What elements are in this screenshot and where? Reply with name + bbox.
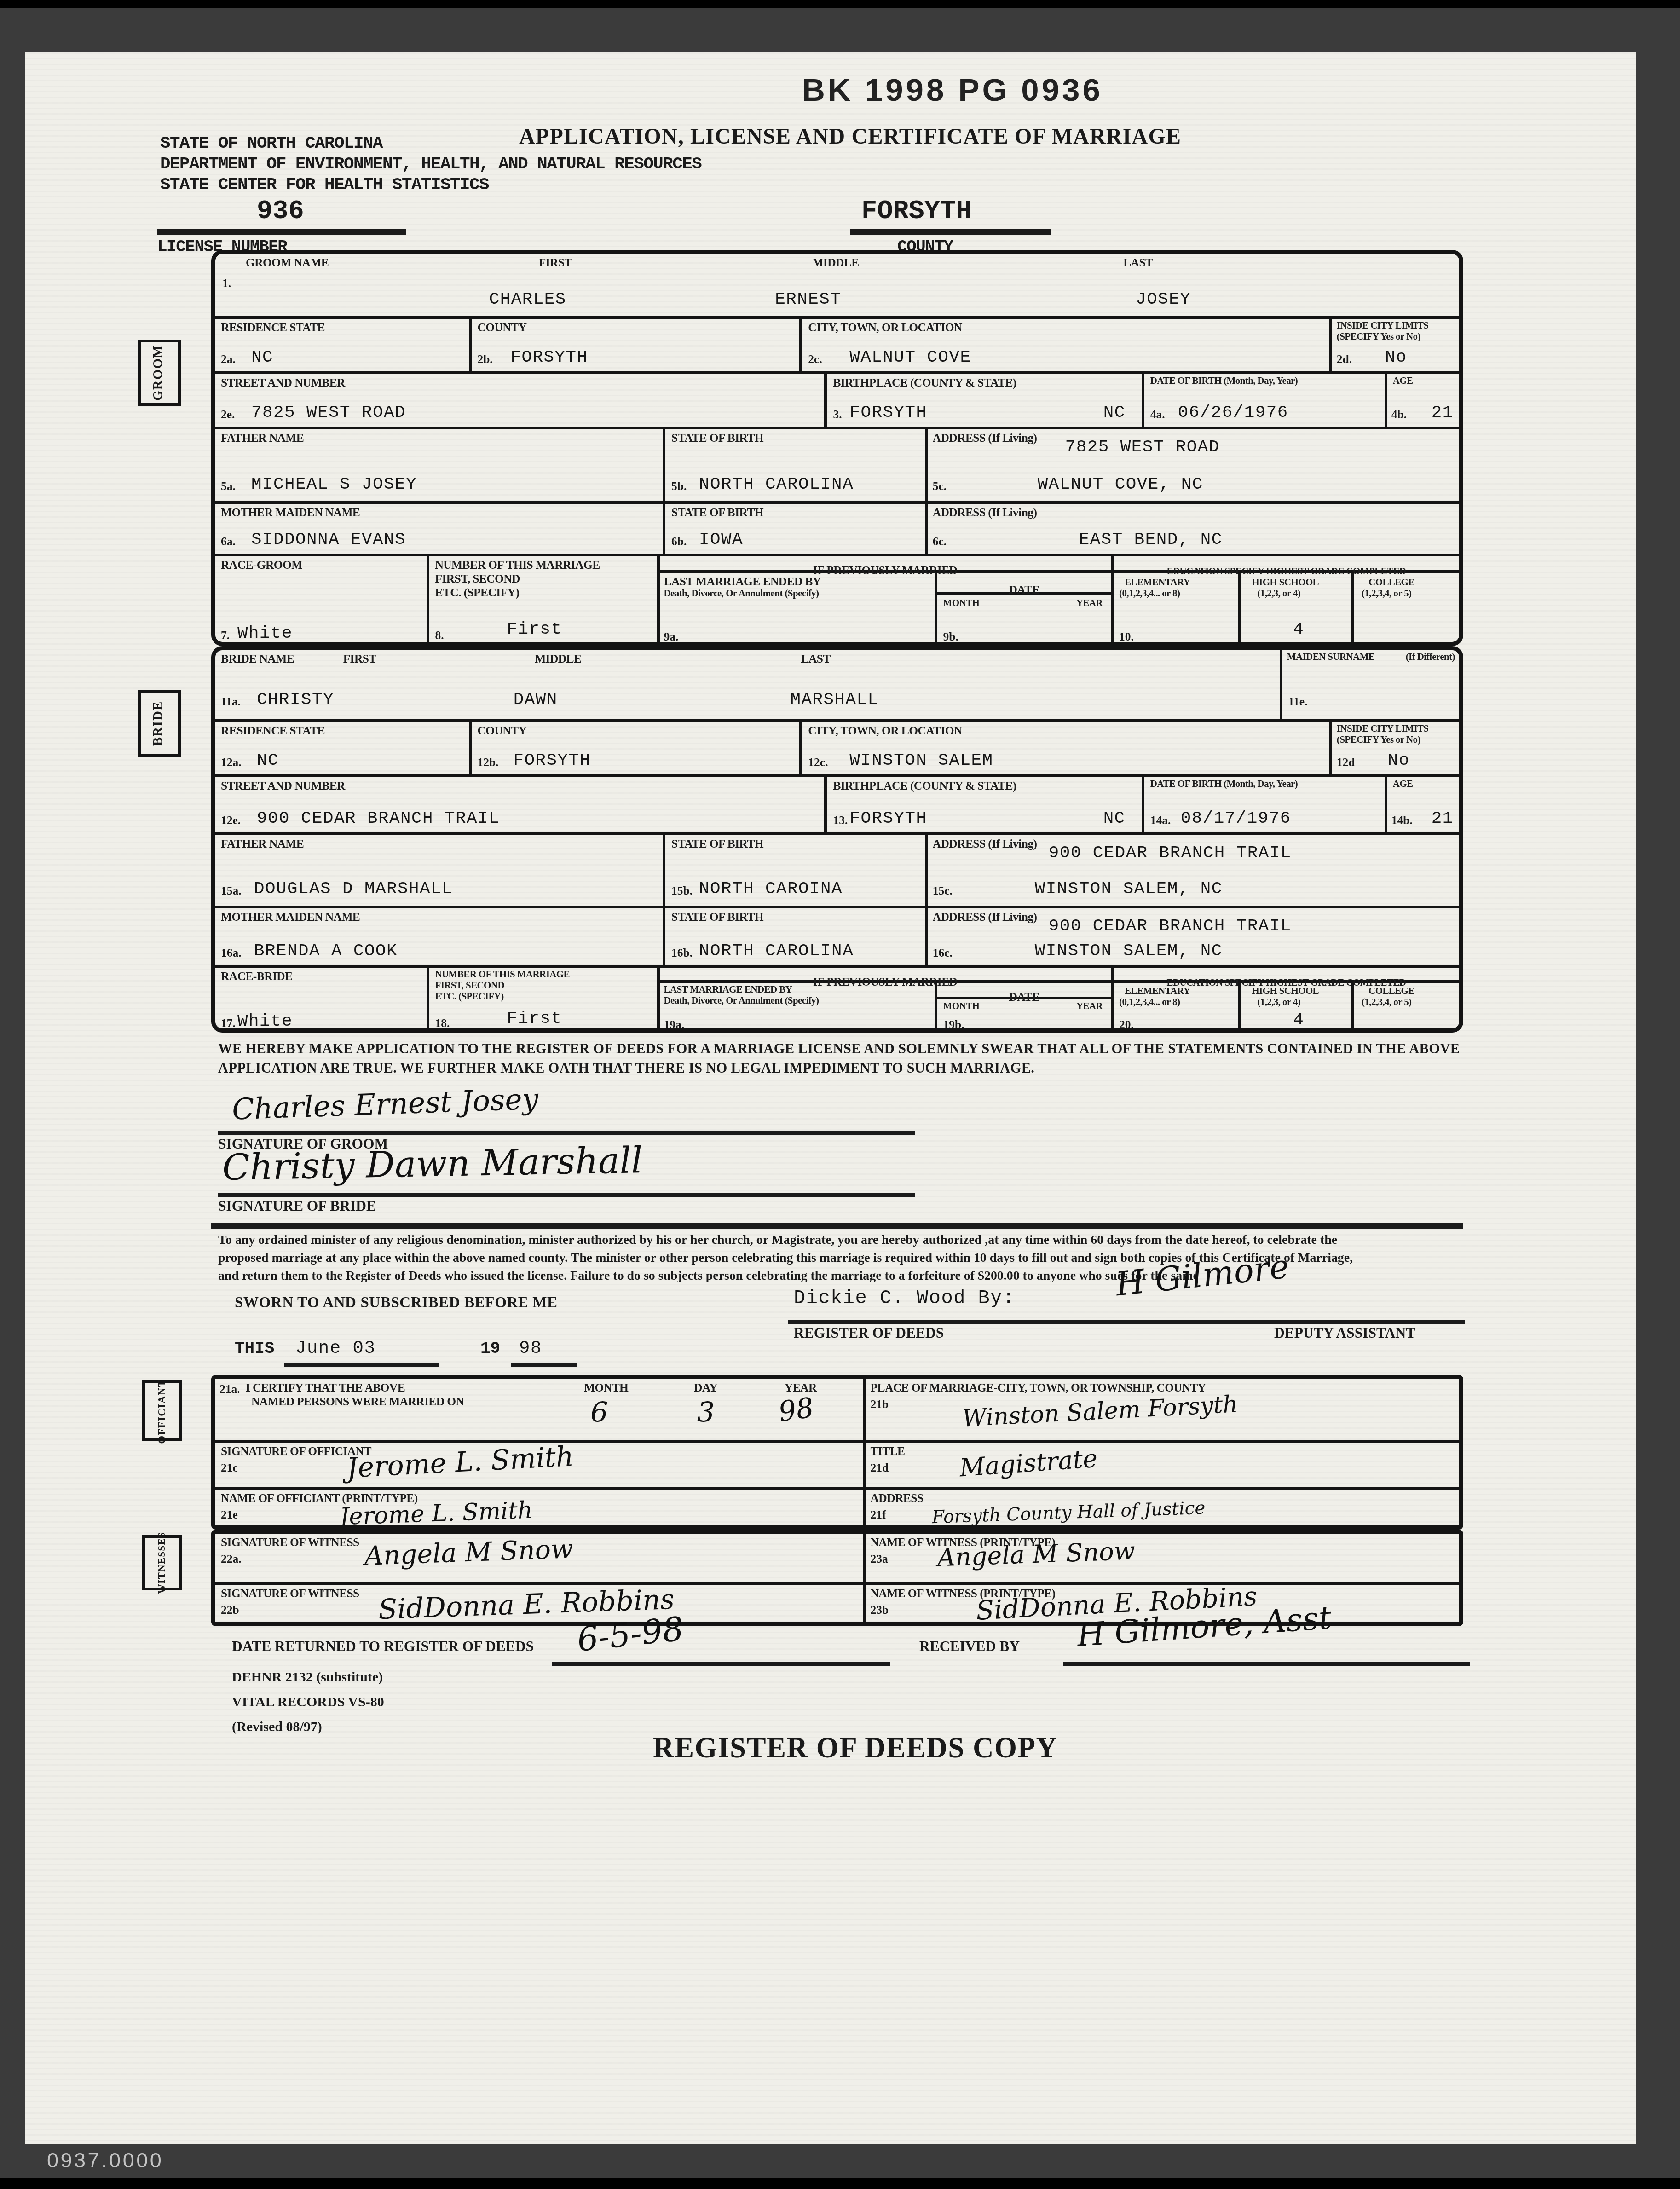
father-name-label: FATHER NAME [221,432,304,445]
marriage-number-label: NUMBER OF THIS MARRIAGE [435,559,600,572]
field-number: 3. [833,407,842,421]
bride-mother-state-of-birth: NORTH CAROLINA [699,941,854,961]
certify-label-line2: NAMED PERSONS WERE MARRIED ON [251,1396,464,1409]
elementary-label: ELEMENTARY [1125,578,1190,588]
certify-label-line1: I CERTIFY THAT THE ABOVE [246,1382,405,1395]
bride-father-state-of-birth: NORTH CAROINA [699,879,843,899]
bride-birthplace-state: NC [1103,809,1126,828]
address-if-living-label: ADDRESS (If Living) [933,911,1037,924]
bride-age: 21 [1432,809,1454,828]
middle-label: MIDDLE [812,257,859,270]
officiant-tab-label: OFFICIANT [156,1379,168,1443]
college-label: COLLEGE [1368,578,1414,588]
officiant-side-tab: OFFICIANT [142,1380,182,1441]
last-marriage-ended-label: LAST MARRIAGE ENDED BY [664,986,792,995]
bride-residence-row: RESIDENCE STATE 12a. NC COUNTY 12b. FORS… [215,719,1459,774]
field-number: 2c. [808,352,822,366]
year-label: YEAR [1076,599,1103,609]
college-label: COLLEGE [1368,987,1414,997]
bride-street: 900 CEDAR BRANCH TRAIL [257,809,500,828]
street-label: STREET AND NUMBER [221,780,345,793]
street-label: STREET AND NUMBER [221,377,345,390]
signature-of-witness-label: SIGNATURE OF WITNESS [221,1588,359,1600]
field-number: 21e [221,1507,238,1521]
groom-father-state-of-birth: NORTH CAROLINA [699,475,854,494]
field-number: 7. [221,628,230,642]
last-marriage-ended-sublabel: Death, Divorce, Or Annulment (Specify) [664,589,819,599]
groom-name-label: GROOM NAME [246,257,329,270]
inside-city-limits-label: INSIDE CITY LIMITS [1337,322,1429,331]
register-of-deeds-name: Dickie C. Wood By: [794,1288,1015,1310]
film-edge-bottom [0,2178,1680,2189]
field-number: 5c. [933,479,947,493]
date-returned-rule [552,1662,890,1666]
bride-inside-city-limits: No [1388,751,1410,770]
elementary-range: (0,1,2,3,4... or 8) [1119,589,1180,599]
inside-city-limits-sublabel: (SPECIFY Yes or No) [1337,333,1420,342]
field-number: 12b. [477,755,498,769]
date-returned-label: DATE RETURNED TO REGISTER OF DEEDS [232,1640,534,1655]
state-of-birth-label: STATE OF BIRTH [671,432,763,445]
county-rule [850,229,1051,235]
film-frame-number: 0937.0000 [47,2149,163,2173]
microfilm-frame: BK 1998 PG 0936 APPLICATION, LICENSE AND… [0,0,1680,2189]
bride-high-school-grade: 4 [1293,1011,1304,1030]
groom-last-name: JOSEY [1136,290,1191,309]
vital-records-line: VITAL RECORDS VS-80 [232,1695,384,1710]
state-of-birth-label: STATE OF BIRTH [671,911,763,924]
field-number: 6a. [221,534,236,548]
field-number: 12e. [221,813,241,827]
witness1-row: SIGNATURE OF WITNESS 22a. Angela M Snow … [215,1534,1459,1582]
groom-mother-state-of-birth: IOWA [699,530,743,549]
marriage-number-label2: FIRST, SECOND [435,982,504,991]
bride-section: BRIDE NAME FIRST MIDDLE LAST 11a. CHRIST… [211,646,1463,1033]
field-number: 2a. [221,352,236,366]
groom-tab-label: GROOM [153,345,167,401]
bride-father-row: FATHER NAME 15a. DOUGLAS D MARSHALL STAT… [215,832,1459,906]
revised-line: (Revised 08/97) [232,1720,322,1735]
groom-city: WALNUT COVE [849,348,971,367]
year-prefix: 19 [480,1339,500,1358]
groom-age: 21 [1432,403,1454,422]
field-number: 11a. [221,694,241,708]
groom-signature: Charles Ernest Josey [231,1082,539,1126]
bride-residence-county: FORSYTH [513,751,590,770]
field-number: 12d [1337,755,1355,769]
bride-city: WINSTON SALEM [849,751,993,770]
bride-mother-address-line1: 900 CEDAR BRANCH TRAIL [1049,917,1292,936]
field-number: 6b. [671,534,687,548]
signature-of-witness-label: SIGNATURE OF WITNESS [221,1536,359,1549]
state-line: STATE OF NORTH CAROLINA [160,134,382,153]
year-label: YEAR [1076,1002,1103,1012]
book-page-stamp: BK 1998 PG 0936 [802,72,1103,109]
officiant-name-row: NAME OF OFFICIANT (PRINT/TYPE) 21e Jerom… [215,1487,1459,1530]
field-number: 13. [833,813,848,827]
bride-name-label: BRIDE NAME [221,653,294,666]
bride-marriage-number: First [507,1009,562,1028]
bride-father-address-line2: WINSTON SALEM, NC [1035,879,1223,899]
place-of-marriage-value: Winston Salem Forsyth [961,1391,1238,1433]
groom-high-school-grade: 4 [1293,620,1304,639]
title-label: TITLE [871,1445,905,1458]
field-number: 21d [871,1461,889,1474]
groom-inside-city-limits: No [1385,348,1407,367]
sworn-year-value: 98 [519,1338,542,1358]
field-number: 16b. [671,946,693,959]
bride-dob: 08/17/1976 [1181,809,1291,828]
bride-side-tab: BRIDE [138,690,181,757]
field-number: 8. [435,628,444,642]
groom-street: 7825 WEST ROAD [251,403,406,422]
married-month-value: 6 [590,1396,608,1429]
field-number: 15a. [221,884,242,897]
college-range: (1,2,3,4, or 5) [1362,998,1411,1008]
officiant-married-on-row: 21a. I CERTIFY THAT THE ABOVE NAMED PERS… [215,1379,1459,1440]
last-label: LAST [1123,257,1153,270]
date-header: DATE [1009,583,1040,596]
address-label: ADDRESS [871,1492,924,1505]
inside-city-limits-label: INSIDE CITY LIMITS [1337,725,1429,734]
day-header: DAY [694,1382,717,1395]
last-marriage-ended-sublabel: Death, Divorce, Or Annulment (Specify) [664,997,819,1006]
groom-father-row: FATHER NAME 5a. MICHEAL S JOSEY STATE OF… [215,427,1459,501]
bride-street-row: STREET AND NUMBER 12e. 900 CEDAR BRANCH … [215,774,1459,832]
birthplace-label: BIRTHPLACE (COUNTY & STATE) [833,780,1016,793]
address-if-living-label: ADDRESS (If Living) [933,838,1037,851]
field-number: 11e. [1288,694,1308,708]
marriage-number-label3: ETC. (SPECIFY) [435,993,503,1002]
sworn-date-value: June 03 [295,1338,375,1358]
witnesses-tab-label: WITNESSES [157,1532,168,1594]
officiant-address-value: Forsyth County Hall of Justice [931,1499,1205,1529]
field-number: 16a. [221,946,242,959]
birthplace-label: BIRTHPLACE (COUNTY & STATE) [833,377,1016,390]
groom-mother-name: SIDDONNA EVANS [251,530,406,549]
witnesses-side-tab: WITNESSES [142,1535,182,1590]
field-number: 14a. [1150,813,1171,827]
groom-birthplace-state: NC [1103,403,1126,422]
high-school-range: (1,2,3, or 4) [1257,589,1300,599]
groom-signature-rule [218,1131,915,1135]
mother-maiden-label: MOTHER MAIDEN NAME [221,507,360,520]
field-number: 9b. [943,630,958,643]
field-number: 23b [871,1603,889,1617]
field-number: 5a. [221,479,236,493]
field-number: 15b. [671,884,693,897]
race-groom-label: RACE-GROOM [221,559,302,572]
groom-marriage-number: First [507,620,562,639]
elementary-range: (0,1,2,3,4... or 8) [1119,998,1180,1008]
age-label: AGE [1393,780,1413,790]
first-label: FIRST [539,257,572,270]
month-label: MONTH [943,599,980,609]
groom-birthplace-county: FORSYTH [849,403,927,422]
dob-label: DATE OF BIRTH (Month, Day, Year) [1150,377,1298,387]
high-school-label: HIGH SCHOOL [1252,987,1319,997]
health-statistics-line: STATE CENTER FOR HEALTH STATISTICS [160,175,489,195]
month-header: MONTH [584,1382,628,1395]
bride-mother-address-line2: WINSTON SALEM, NC [1035,941,1223,961]
county-col-label: COUNTY [477,725,526,738]
groom-name-row: GROOM NAME FIRST MIDDLE LAST 1. CHARLES … [215,254,1459,316]
field-number: 1. [222,276,231,290]
department-line: DEPARTMENT OF ENVIRONMENT, HEALTH, AND N… [160,155,701,174]
field-number: 21f [871,1507,886,1521]
license-number-value: 936 [257,196,304,226]
field-number: 15c. [933,884,953,897]
marriage-number-label3: ETC. (SPECIFY) [435,587,519,600]
certificate-page: BK 1998 PG 0936 APPLICATION, LICENSE AND… [25,52,1636,2144]
application-oath-line1: WE HEREBY MAKE APPLICATION TO THE REGIST… [218,1041,1467,1060]
field-number: 17. [221,1016,236,1030]
film-edge-top [0,0,1680,8]
groom-residence-row: RESIDENCE STATE 2a. NC COUNTY 2b. FORSYT… [215,316,1459,371]
application-oath-line2: APPLICATION ARE TRUE. WE FURTHER MAKE OA… [218,1060,1467,1079]
groom-dob: 06/26/1976 [1178,403,1288,422]
field-number: 5b. [671,479,687,493]
race-bride-label: RACE-BRIDE [221,970,293,983]
dob-label: DATE OF BIRTH (Month, Day, Year) [1150,780,1298,790]
sworn-before-me-label: SWORN TO AND SUBSCRIBED BEFORE ME [235,1295,558,1311]
field-number: 18. [435,1016,450,1030]
document-title: APPLICATION, LICENSE AND CERTIFICATE OF … [519,126,1181,150]
deputy-assistant-label: DEPUTY ASSISTANT [1274,1327,1415,1342]
married-year-value: 98 [776,1391,815,1428]
city-col-label: CITY, TOWN, OR LOCATION [808,725,962,738]
state-of-birth-label: STATE OF BIRTH [671,838,763,851]
county-col-label: COUNTY [477,322,526,335]
groom-side-tab: GROOM [138,340,181,406]
groom-mother-address: EAST BEND, NC [1079,530,1223,549]
groom-residence-county: FORSYTH [510,348,588,367]
groom-section: GROOM NAME FIRST MIDDLE LAST 1. CHARLES … [211,250,1463,646]
this-label: THIS [235,1339,274,1358]
field-number: 9a. [664,630,678,643]
bride-signature: Christy Dawn Marshall [222,1141,643,1190]
bride-father-name: DOUGLAS D MARSHALL [254,879,453,899]
residence-state-label: RESIDENCE STATE [221,725,325,738]
field-number: 2e. [221,407,235,421]
field-number: 23a [871,1552,888,1565]
groom-street-row: STREET AND NUMBER 2e. 7825 WEST ROAD BIR… [215,371,1459,427]
address-if-living-label: ADDRESS (If Living) [933,432,1037,445]
first-label: FIRST [343,653,376,666]
field-number: 6c. [933,534,947,548]
county-value: FORSYTH [861,196,971,226]
field-number: 14b. [1391,813,1413,827]
high-school-label: HIGH SCHOOL [1252,578,1319,588]
groom-residence-state: NC [251,348,273,367]
field-number: 16c. [933,946,953,959]
received-by-rule [1063,1662,1470,1666]
residence-state-label: RESIDENCE STATE [221,322,325,335]
field-number: 10. [1119,630,1134,643]
bride-middle-name: DAWN [514,690,558,710]
bride-father-address-line1: 900 CEDAR BRANCH TRAIL [1049,843,1292,863]
mother-maiden-label: MOTHER MAIDEN NAME [221,911,360,924]
high-school-range: (1,2,3, or 4) [1257,998,1300,1008]
groom-father-name: MICHEAL S JOSEY [251,475,417,494]
field-number: 21c [221,1461,238,1474]
field-number: 19a. [664,1017,684,1031]
bride-mother-name: BRENDA A COOK [254,941,398,961]
groom-mother-row: MOTHER MAIDEN NAME 6a. SIDDONNA EVANS ST… [215,501,1459,554]
field-number: 20. [1119,1017,1134,1031]
father-name-label: FATHER NAME [221,838,304,851]
officiant-signature-value: Jerome L. Smith [346,1439,574,1484]
register-of-deeds-label: REGISTER OF DEEDS [794,1327,944,1342]
city-col-label: CITY, TOWN, OR LOCATION [808,322,962,335]
college-range: (1,2,3,4, or 5) [1362,589,1411,599]
register-signature-rule [788,1320,1465,1324]
marriage-number-label2: FIRST, SECOND [435,573,520,586]
field-number: 4a. [1150,407,1165,421]
age-label: AGE [1393,377,1413,387]
maiden-surname-label: MAIDEN SURNAME [1287,653,1375,663]
last-label: LAST [801,653,831,666]
field-number: 19b. [943,1017,964,1031]
month-label: MONTH [943,1002,980,1012]
state-of-birth-label: STATE OF BIRTH [671,507,763,520]
register-of-deeds-copy-stamp: REGISTER OF DEEDS COPY [653,1731,1058,1766]
officiant-section: 21a. I CERTIFY THAT THE ABOVE NAMED PERS… [211,1375,1463,1530]
bride-residence-state: NC [257,751,279,770]
marriage-number-label: NUMBER OF THIS MARRIAGE [435,970,570,980]
field-number: 22a. [221,1552,242,1565]
license-number-rule [157,229,406,235]
bride-mother-row: MOTHER MAIDEN NAME 16a. BRENDA A COOK ST… [215,906,1459,965]
bride-race-row: RACE-BRIDE 17. White NUMBER OF THIS MARR… [215,965,1459,1033]
field-number: 4b. [1391,407,1407,421]
groom-race: White [237,624,293,643]
groom-father-address-line2: WALNUT COVE, NC [1038,475,1203,494]
field-number: 21b [871,1397,889,1411]
field-number: 12c. [808,755,828,769]
bride-race: White [237,1012,293,1031]
groom-middle-name: ERNEST [775,290,841,309]
field-number: 12a. [221,755,242,769]
field-number: 21a. [219,1382,240,1396]
bride-birthplace-county: FORSYTH [849,809,927,828]
maiden-surname-sublabel: (If Different) [1406,653,1455,663]
bride-tab-label: BRIDE [153,701,167,746]
field-number: 2b. [477,352,492,366]
inside-city-limits-sublabel: (SPECIFY Yes or No) [1337,736,1420,745]
groom-race-row: RACE-GROOM 7. White NUMBER OF THIS MARRI… [215,554,1459,646]
address-if-living-label: ADDRESS (If Living) [933,507,1037,520]
last-marriage-ended-label: LAST MARRIAGE ENDED BY [664,576,820,589]
field-number: 2d. [1337,352,1352,366]
officiant-title-value: Magistrate [958,1445,1098,1484]
groom-first-name: CHARLES [489,290,566,309]
sworn-date-rule [284,1363,439,1367]
witness1-signature: Angela M Snow [364,1534,574,1572]
bride-name-row: BRIDE NAME FIRST MIDDLE LAST 11a. CHRIST… [215,650,1459,719]
bride-signature-label: SIGNATURE OF BRIDE [218,1200,376,1215]
married-day-value: 3 [697,1396,715,1429]
form-number-line: DEHNR 2132 (substitute) [232,1670,383,1686]
field-number: 22b [221,1603,239,1617]
bride-first-name: CHRISTY [257,690,334,710]
officiant-signature-row: SIGNATURE OF OFFICIANT 21c Jerome L. Smi… [215,1440,1459,1487]
received-by-label: RECEIVED BY [919,1640,1020,1655]
bride-signature-rule [218,1193,915,1197]
place-of-marriage-label: PLACE OF MARRIAGE-CITY, TOWN, OR TOWNSHI… [871,1382,1206,1395]
sworn-year-rule [511,1363,577,1367]
groom-father-address-line1: 7825 WEST ROAD [1065,438,1220,457]
section-divider [211,1223,1463,1229]
bride-last-name: MARSHALL [790,690,878,710]
middle-label: MIDDLE [535,653,581,666]
elementary-label: ELEMENTARY [1125,987,1190,997]
